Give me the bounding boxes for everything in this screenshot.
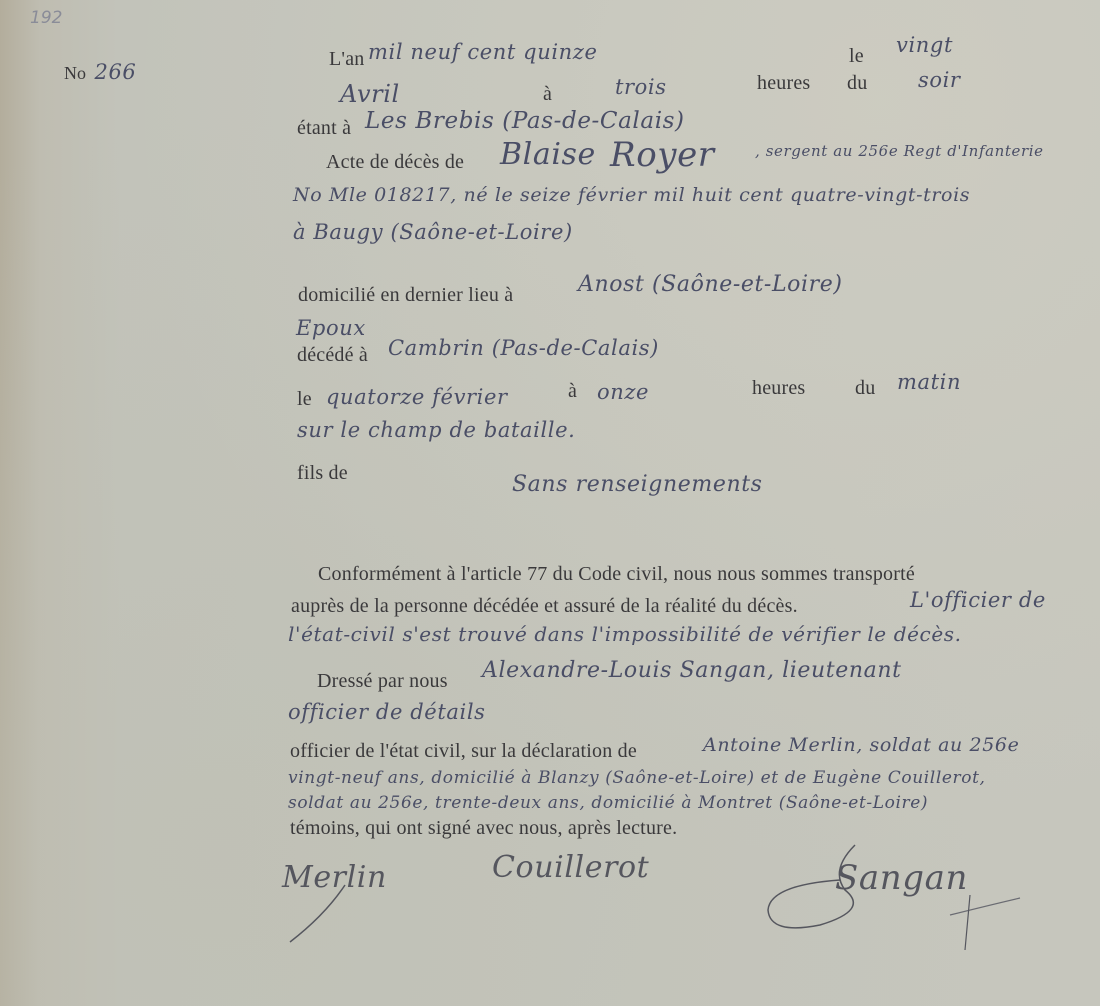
hand-witness1: Antoine Merlin, soldat au 256e: [703, 734, 1019, 756]
signature-couillerot: Couillerot: [492, 850, 649, 885]
print-domicile: domicilié en dernier lieu à: [298, 284, 513, 307]
print-a: à: [543, 83, 552, 106]
hand-day: vingt: [896, 33, 953, 57]
print-aupres: auprès de la personne décédée et assuré …: [291, 595, 798, 618]
print-etant: étant à: [297, 117, 351, 140]
hand-death-period: matin: [897, 370, 961, 394]
hand-month: Avril: [340, 80, 400, 108]
pencil-folio-number: 192: [30, 8, 62, 28]
hand-place: Les Brebis (Pas-de-Calais): [365, 108, 685, 134]
hand-officer-note-2: l'état-civil s'est trouvé dans l'impossi…: [288, 622, 962, 646]
hand-matricule-birth: No Mle 018217, né le seize février mil h…: [293, 184, 970, 206]
hand-birthplace: à Baugy (Saône-et-Loire): [293, 220, 573, 244]
hand-surname: Royer: [610, 135, 715, 175]
print-heures: heures: [757, 72, 810, 95]
print-temoins: témoins, qui ont signé avec nous, après …: [290, 817, 677, 840]
signature-sangan-flourish: [760, 840, 1060, 960]
hand-officer-note-1: L'officier de: [910, 588, 1046, 612]
print-acte: Acte de décès de: [326, 151, 464, 174]
hand-rank: , sergent au 256e Regt d'Infanterie: [755, 142, 1044, 160]
record-number-value: 266: [95, 60, 137, 84]
print-a-2: à: [568, 380, 577, 403]
hand-witness2-details: soldat au 256e, trente-deux ans, domicil…: [288, 793, 928, 813]
hand-parents: Sans renseignements: [512, 472, 763, 497]
print-le: le: [849, 45, 864, 68]
hand-period: soir: [918, 68, 961, 92]
print-du: du: [847, 72, 867, 95]
hand-deathplace: Cambrin (Pas-de-Calais): [388, 336, 659, 360]
print-heures-2: heures: [752, 377, 805, 400]
print-conformement: Conformément à l'article 77 du Code civi…: [318, 563, 915, 586]
hand-officer-name: Alexandre-Louis Sangan, lieutenant: [482, 658, 902, 683]
hand-marital-status: Epoux: [296, 316, 366, 340]
print-lan: L'an: [329, 48, 365, 71]
print-officier-etat-civil: officier de l'état civil, sur la déclara…: [290, 740, 637, 763]
death-record-page: 192 No 266 L'an mil neuf cent quinze le …: [0, 0, 1100, 1006]
hand-year: mil neuf cent quinze: [368, 40, 597, 64]
hand-domicile: Anost (Saône-et-Loire): [578, 272, 843, 297]
record-number-label: No: [64, 63, 86, 83]
print-dresse: Dressé par nous: [317, 670, 448, 693]
print-du-2: du: [855, 377, 875, 400]
hand-witness1-details: vingt-neuf ans, domicilié à Blanzy (Saôn…: [288, 768, 986, 788]
hand-hour: trois: [615, 75, 667, 99]
print-decede: décédé à: [297, 344, 368, 367]
signature-merlin-flourish: [285, 880, 365, 950]
hand-circumstance: sur le champ de bataille.: [297, 418, 575, 442]
hand-death-date: quatorze février: [326, 385, 508, 409]
hand-firstname: Blaise: [500, 137, 596, 172]
hand-death-hour: onze: [597, 380, 649, 404]
hand-officer-title: officier de détails: [288, 700, 486, 724]
record-number: No 266: [64, 60, 136, 84]
print-le-2: le: [297, 388, 312, 411]
print-fils-de: fils de: [297, 462, 348, 485]
